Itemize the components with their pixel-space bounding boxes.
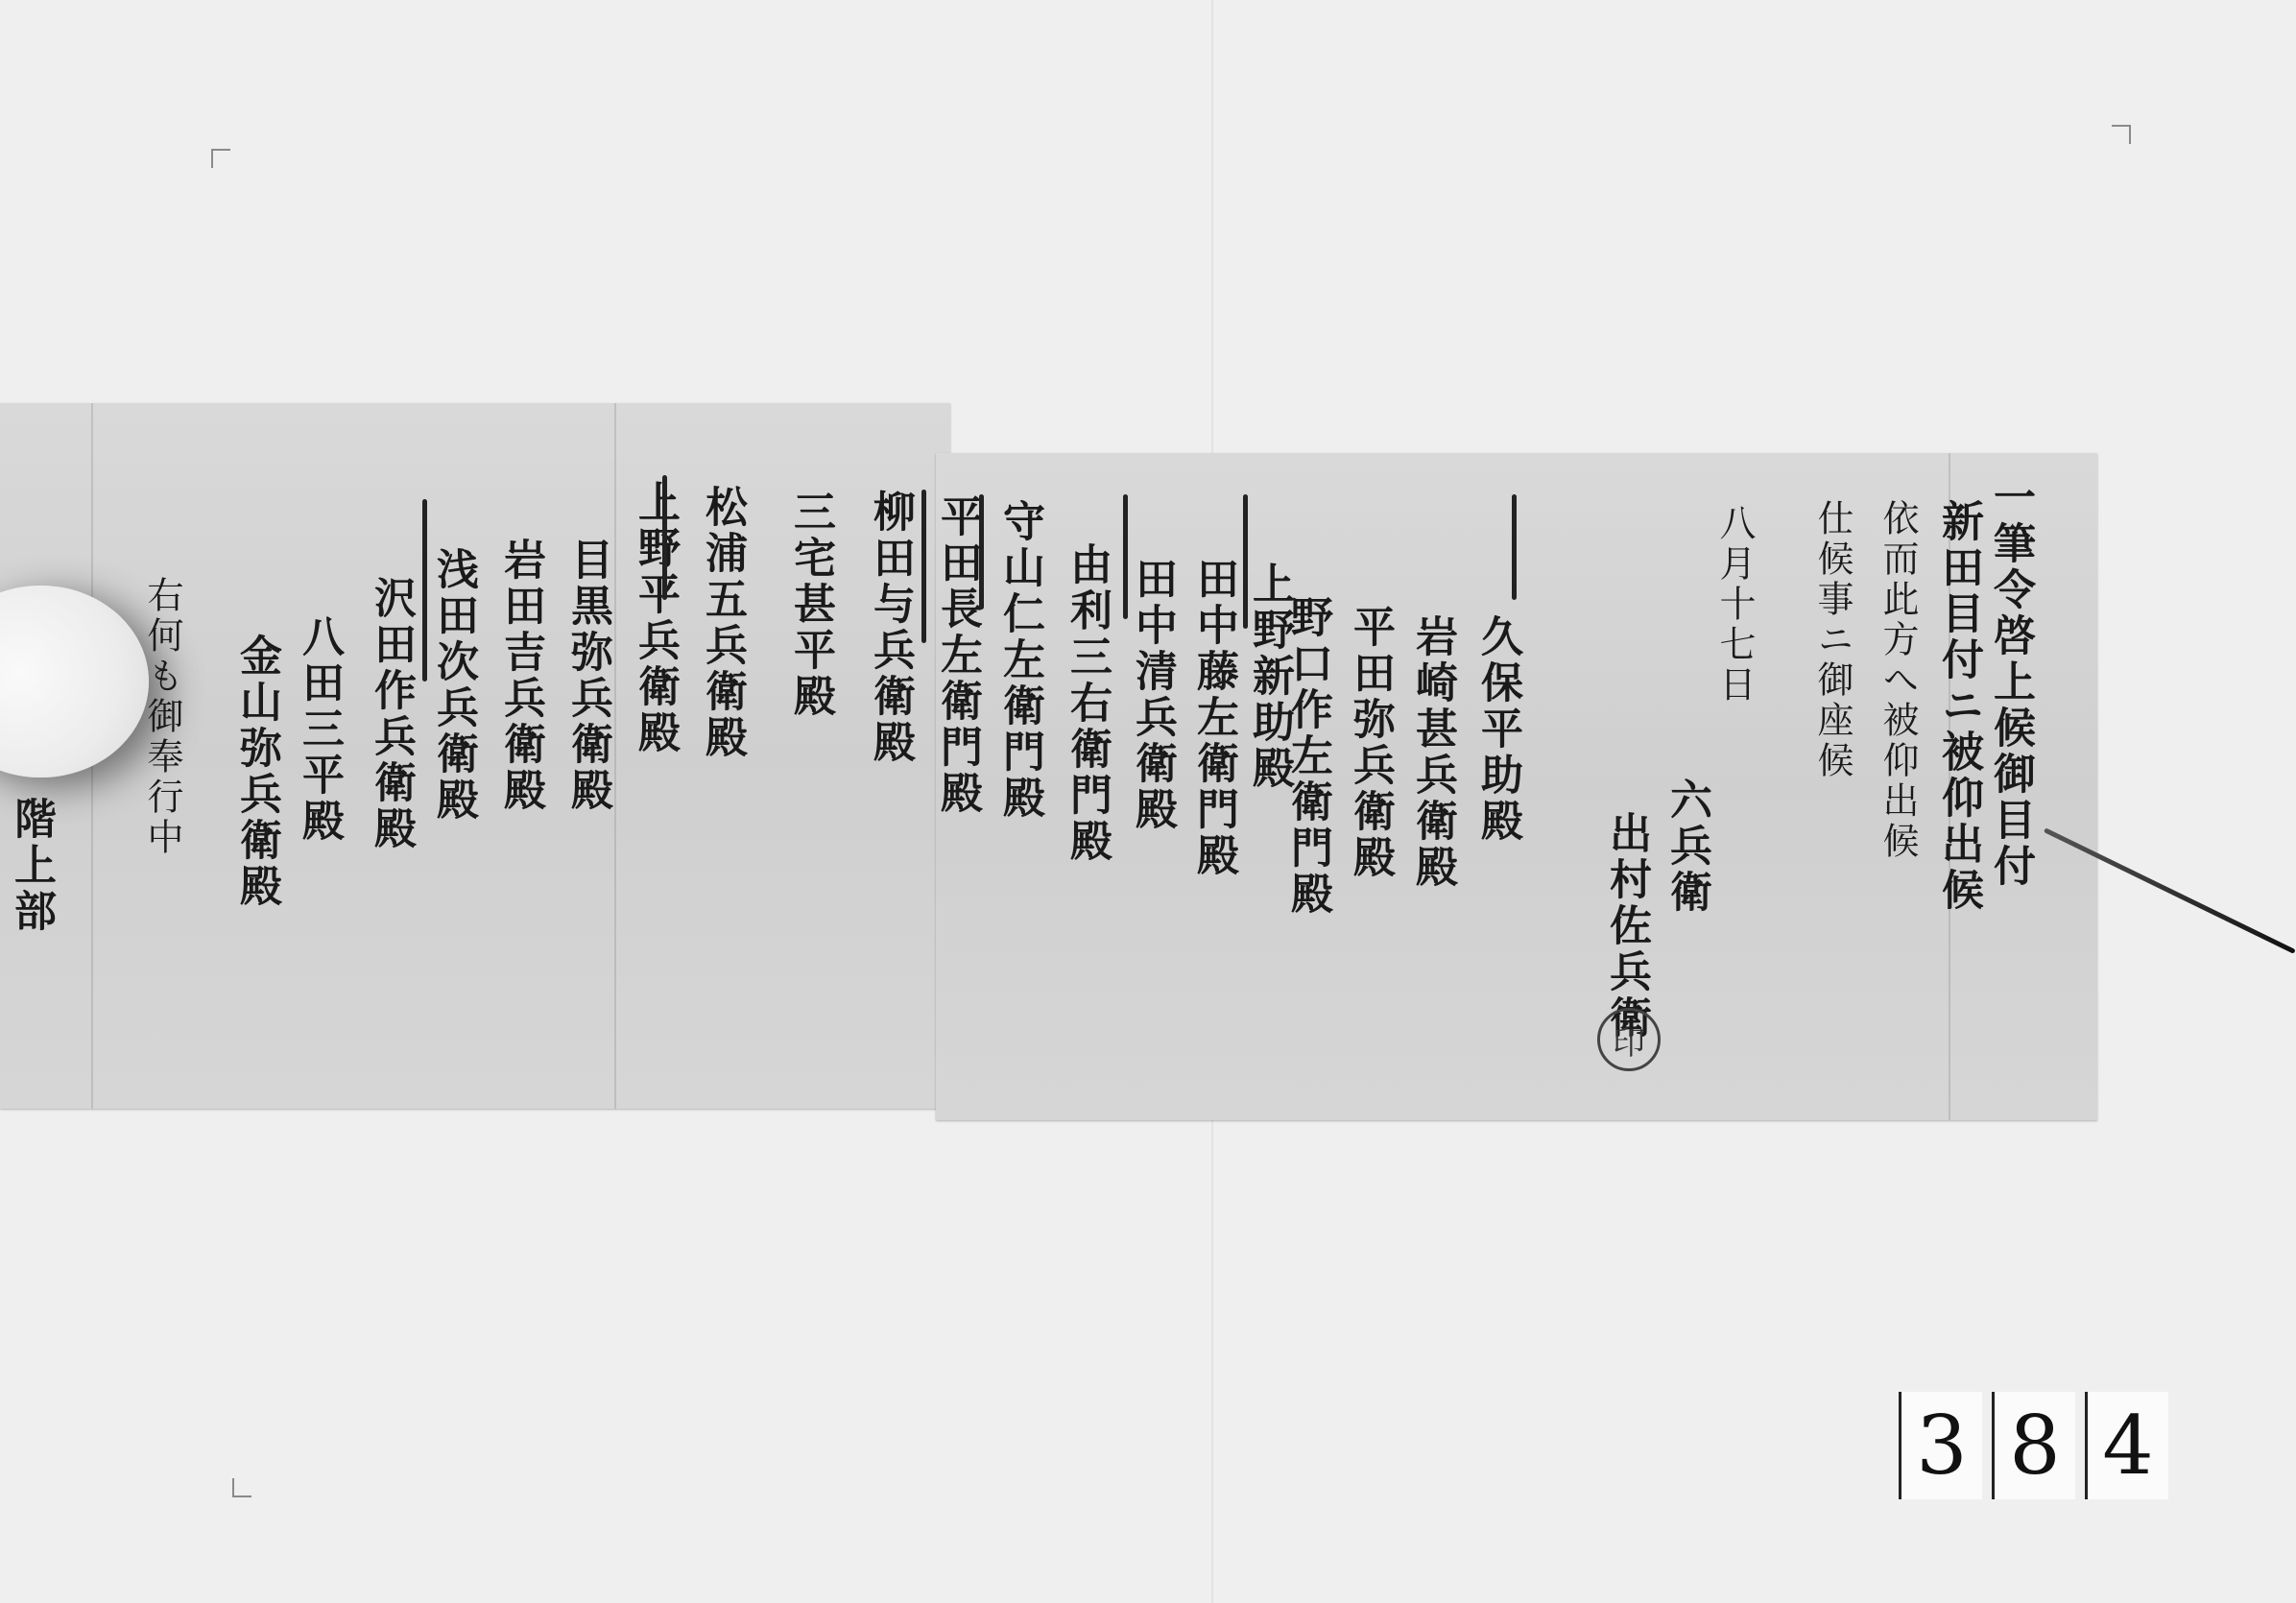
crop-mark-top-left [211, 149, 230, 168]
addressee: 岩田吉兵衛殿 [499, 538, 541, 814]
addressee: 八田三平殿 [298, 614, 340, 845]
addressee: 柳田与兵衛殿 [869, 490, 911, 766]
addressee: 松浦五兵衛殿 [701, 485, 743, 761]
name-bracket [422, 499, 427, 682]
name-bracket [921, 490, 926, 643]
addressee: 由利三右衛門殿 [1065, 542, 1108, 865]
addressee: 沢田作兵衛殿 [370, 576, 412, 852]
name-bracket [1512, 494, 1517, 600]
addressee: 上野新助殿 [1248, 562, 1290, 792]
addressee: 目黒弥兵衛殿 [566, 538, 609, 814]
header-line-3: 依而此方へ被仰出候 [1879, 499, 1916, 862]
page-number-digit: 3 [1899, 1392, 1982, 1499]
crop-mark-top-right [2112, 125, 2131, 144]
addressee: 守山仁左衛門殿 [998, 499, 1040, 822]
addressee: 岩崎甚兵衛殿 [1411, 614, 1453, 891]
page-number-digit: 4 [2085, 1392, 2168, 1499]
signature-2: 出村佐兵衛 [1605, 811, 1647, 1041]
addressee: 田中藤左衛門殿 [1192, 557, 1234, 879]
signature-1: 六兵衛 [1665, 778, 1708, 916]
header-line-4: 仕候事ニ御座候 [1814, 499, 1851, 781]
addressee: 田中清兵衛殿 [1131, 557, 1173, 833]
name-bracket [1123, 494, 1128, 619]
name-bracket [1243, 494, 1248, 629]
addressee: 平田弥兵衛殿 [1349, 605, 1391, 881]
closing-signature: 階上部 [10, 797, 52, 935]
header-line-1: 一筆令啓上候御目付 [1989, 475, 2031, 890]
date-line: 八月十七日 [1716, 504, 1753, 706]
name-bracket [979, 494, 984, 610]
addressee: 三宅甚平殿 [789, 490, 831, 720]
header-line-2: 新田目付ニ被仰出候 [1937, 499, 1979, 914]
addressee: 金山弥兵衛殿 [235, 634, 277, 910]
addressee: 上野平兵衛殿 [634, 480, 676, 756]
closing-line: 右何も御奉行中 [144, 576, 180, 858]
addressee: 浅田次兵衛殿 [432, 547, 474, 824]
page-number-digit: 8 [1992, 1392, 2075, 1499]
name-bracket [662, 475, 667, 600]
crop-mark-bottom-left [232, 1478, 251, 1497]
addressee: 平田長左衛門殿 [936, 494, 978, 817]
addressee: 久保平助殿 [1476, 614, 1519, 845]
paper-crease [614, 403, 616, 1109]
seal-stamp: 印 [1597, 1008, 1661, 1071]
